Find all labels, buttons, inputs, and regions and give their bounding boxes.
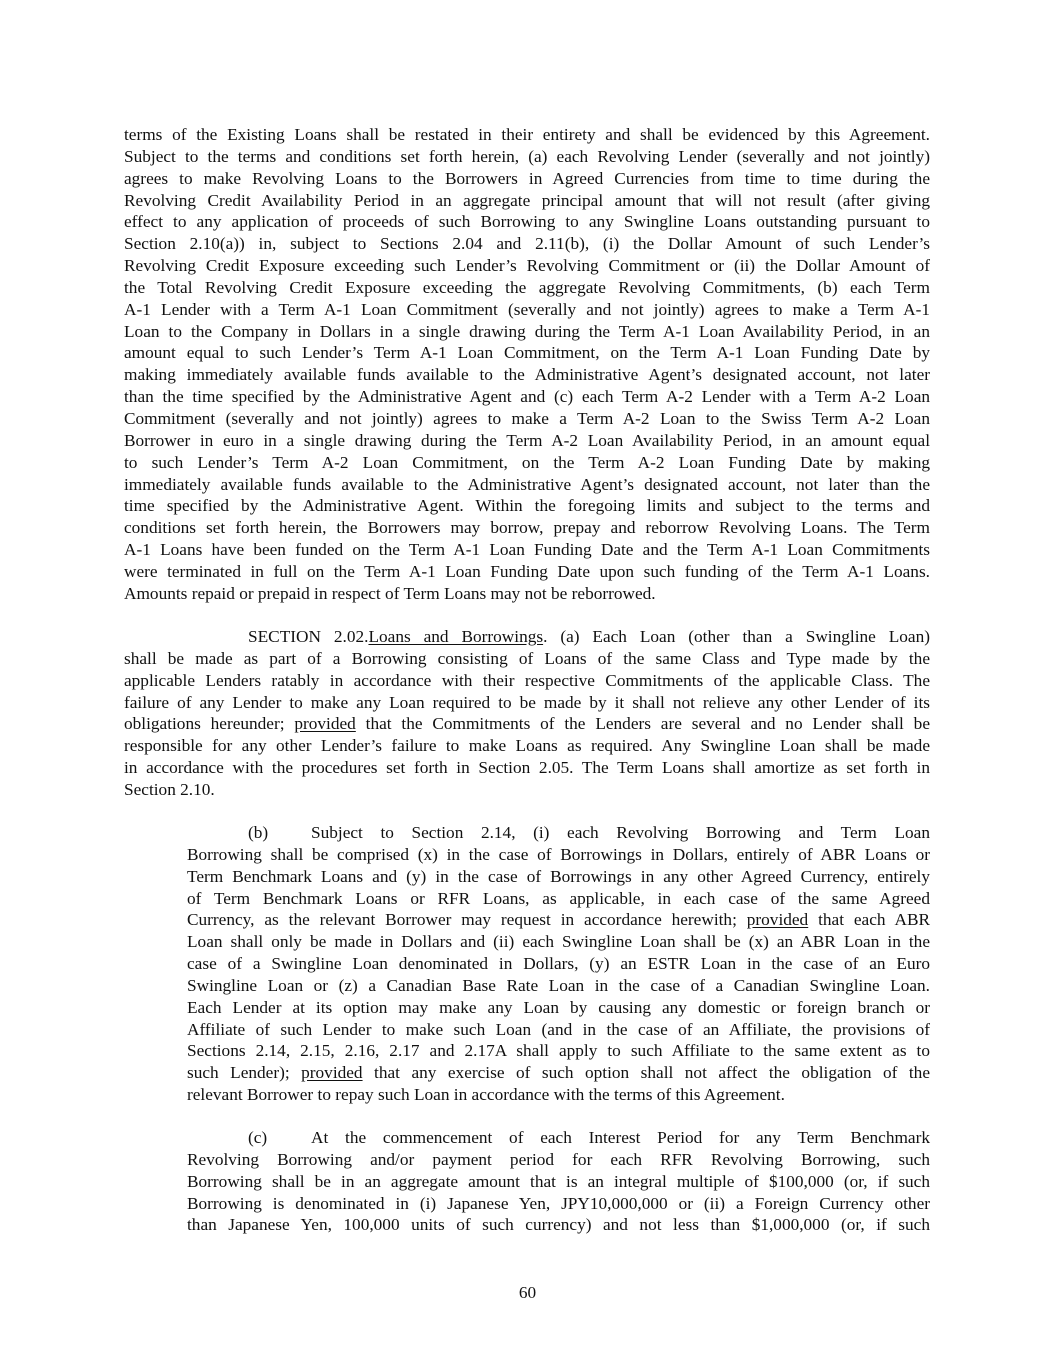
text-line: Section 2.10.: [124, 779, 930, 801]
text-line: obligations hereunder; provided that the…: [124, 713, 930, 735]
paragraph-c: (c) At the commencement of each Interest…: [187, 1127, 930, 1236]
page-number: 60: [0, 1283, 1055, 1303]
provided-term: provided: [294, 714, 355, 733]
text-line: Revolving Credit Exposure exceeding such…: [124, 255, 930, 277]
text-line: Borrowing shall be in an aggregate amoun…: [187, 1171, 930, 1193]
text-line: applicable Lenders ratably in accordance…: [124, 670, 930, 692]
para-b-label: (b): [248, 822, 268, 844]
text-line: were terminated in full on the Term A-1 …: [124, 561, 930, 583]
section-2-02: SECTION 2.02.Loans and Borrowings. (a) E…: [124, 626, 930, 801]
section-label: SECTION 2.02.: [248, 627, 368, 646]
text-line: making immediately available funds avail…: [124, 364, 930, 386]
text-line: the Total Revolving Credit Exposure exce…: [124, 277, 930, 299]
text-line: than the time specified by the Administr…: [124, 386, 930, 408]
para-c-label: (c): [248, 1127, 267, 1149]
text-line: shall be made as part of a Borrowing con…: [124, 648, 930, 670]
text-line: Affiliate of such Lender to make such Lo…: [187, 1019, 930, 1041]
text-line: Swingline Loan or (z) a Canadian Base Ra…: [187, 975, 930, 997]
text-line: immediately available funds available to…: [124, 474, 930, 496]
text-line: in accordance with the procedures set fo…: [124, 757, 930, 779]
section-heading-line: SECTION 2.02.Loans and Borrowings. (a) E…: [124, 626, 930, 648]
text-line: relevant Borrower to repay such Loan in …: [187, 1084, 930, 1106]
text-line: Loan to the Company in Dollars in a sing…: [124, 321, 930, 343]
text-line: conditions set forth herein, the Borrowe…: [124, 517, 930, 539]
text-line: terms of the Existing Loans shall be res…: [124, 124, 930, 146]
text-line: Revolving Borrowing and/or payment perio…: [187, 1149, 930, 1171]
paragraph-b: (b) Subject to Section 2.14, (i) each Re…: [187, 822, 930, 1106]
text-line: A-1 Lender with a Term A-1 Loan Commitme…: [124, 299, 930, 321]
text-line: Borrower in euro in a single drawing dur…: [124, 430, 930, 452]
text-line: Borrowing is denominated in (i) Japanese…: [187, 1193, 930, 1215]
text-line: responsible for any other Lender’s failu…: [124, 735, 930, 757]
text-line: effect to any application of proceeds of…: [124, 211, 930, 233]
text-line: Loan shall only be made in Dollars and (…: [187, 931, 930, 953]
text-line: Subject to the terms and conditions set …: [124, 146, 930, 168]
para-c-first-line: (c) At the commencement of each Interest…: [187, 1127, 930, 1149]
text-line: than Japanese Yen, 100,000 units of such…: [187, 1214, 930, 1236]
text-line: Section 2.10(a)) in, subject to Sections…: [124, 233, 930, 255]
text-line: A-1 Loans have been funded on the Term A…: [124, 539, 930, 561]
text-line: Sections 2.14, 2.15, 2.16, 2.17 and 2.17…: [187, 1040, 930, 1062]
provided-term: provided: [301, 1063, 362, 1082]
provided-term: provided: [747, 910, 808, 929]
section-first-line-rest: . (a) Each Loan (other than a Swingline …: [543, 627, 930, 646]
text-line: of Term Benchmark Loans or RFR Loans, as…: [187, 888, 930, 910]
document-page: terms of the Existing Loans shall be res…: [0, 0, 1055, 1365]
para-b-first-line: (b) Subject to Section 2.14, (i) each Re…: [187, 822, 930, 844]
text-line: Currency, as the relevant Borrower may r…: [187, 909, 930, 931]
text-line: Revolving Credit Availability Period in …: [124, 190, 930, 212]
section-title: Loans and Borrowings: [368, 627, 543, 646]
text-line: Commitment (severally and not jointly) a…: [124, 408, 930, 430]
text-line: amount equal to such Lender’s Term A-1 L…: [124, 342, 930, 364]
text-line: failure of any Lender to make any Loan r…: [124, 692, 930, 714]
text-line: Amounts repaid or prepaid in respect of …: [124, 583, 930, 605]
paragraph-intro: terms of the Existing Loans shall be res…: [124, 124, 930, 605]
text-line: time specified by the Administrative Age…: [124, 495, 930, 517]
text-line: Borrowing shall be comprised (x) in the …: [187, 844, 930, 866]
text-line: such Lender); provided that any exercise…: [187, 1062, 930, 1084]
text-line: Term Benchmark Loans and (y) in the case…: [187, 866, 930, 888]
text-line: case of a Swingline Loan denominated in …: [187, 953, 930, 975]
text-line: Each Lender at its option may make any L…: [187, 997, 930, 1019]
text-line: agrees to make Revolving Loans to the Bo…: [124, 168, 930, 190]
text-line: to such Lender’s Term A-2 Loan Commitmen…: [124, 452, 930, 474]
